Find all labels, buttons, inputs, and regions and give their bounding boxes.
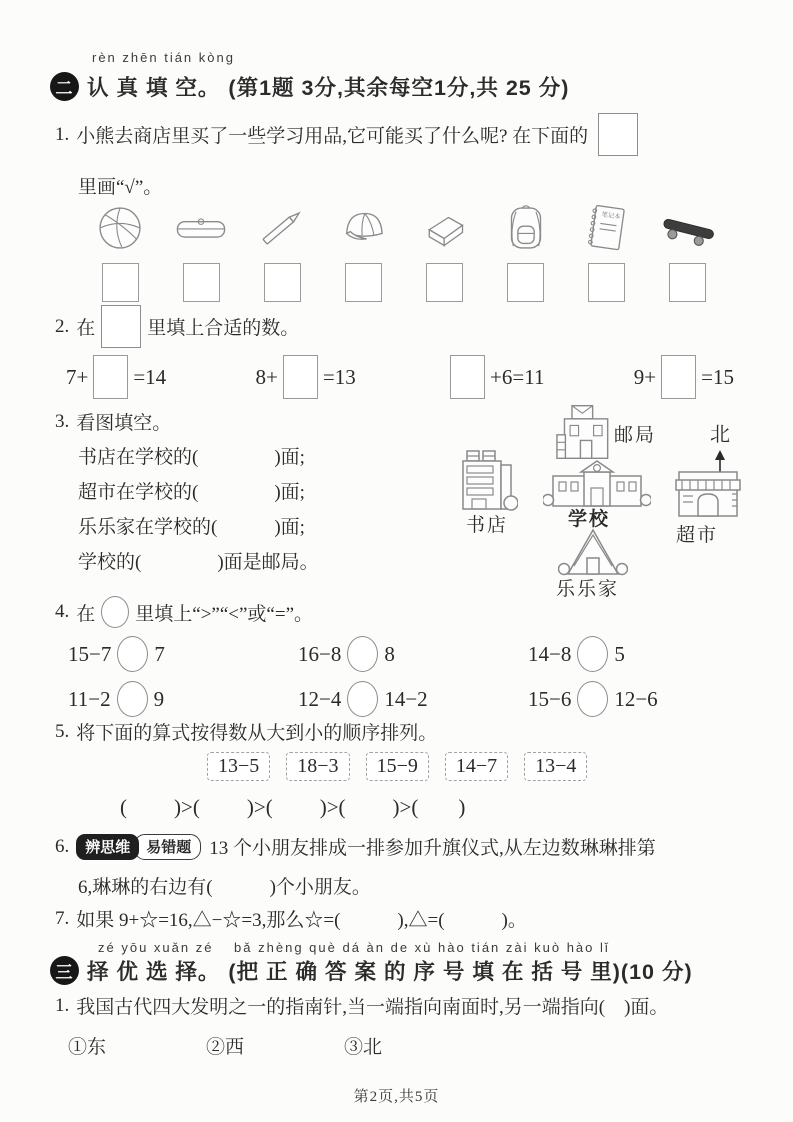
answer-circle[interactable]: [347, 636, 378, 672]
comparison-left: 14−8: [528, 642, 571, 667]
thinking-badge: 辨思维: [76, 834, 139, 860]
equation-text: =13: [323, 365, 356, 390]
lele-home-label: 乐乐家: [556, 574, 619, 601]
answer-checkbox[interactable]: [507, 263, 544, 302]
answer-box[interactable]: [283, 355, 318, 399]
answer-checkbox[interactable]: [102, 263, 139, 302]
section-two-marker-icon: 二: [50, 72, 79, 101]
answer-circle[interactable]: [577, 681, 608, 717]
paren-close: ): [174, 795, 181, 820]
post-office-icon: [556, 402, 618, 462]
comparison-6: 15−6 12−6: [528, 681, 758, 717]
paren-close: ): [458, 795, 465, 820]
q7-line: 7. 如果 9+☆=16,△−☆=3,那么☆=( ),△=( )。: [55, 905, 527, 932]
q2-text-after: 里填上合适的数。: [147, 313, 299, 340]
choice-q1-number: 1.: [55, 995, 69, 1017]
equation-text: 7+: [66, 365, 88, 390]
comparison-right: 14−2: [384, 687, 427, 712]
comparison-right: 8: [384, 642, 395, 667]
item-notebook: 笔记本: [571, 198, 643, 302]
comparison-left: 15−7: [68, 642, 111, 667]
q3-line-home: 乐乐家在学校的( )面;: [78, 510, 319, 545]
q4-text-before: 在: [76, 599, 95, 626]
paren-open: (: [193, 795, 200, 820]
q2-number: 2.: [55, 316, 69, 338]
q3-line-supermarket: 超市在学校的( )面;: [78, 475, 319, 510]
q2-equations-row: 7+ =14 8+ =13 +6=11 9+ =15: [66, 355, 734, 399]
equation-2: 8+ =13: [256, 355, 356, 399]
pencil-case-icon: [170, 198, 232, 258]
section-choice-score: (把 正 确 答 案 的 序 号 填 在 括 号 里)(10 分): [228, 955, 692, 986]
answer-box[interactable]: [450, 355, 485, 399]
answer-checkbox[interactable]: [669, 263, 706, 302]
comparison-4: 11−2 9: [68, 681, 298, 717]
item-skateboard: [652, 198, 724, 302]
comparison-left: 16−8: [298, 642, 341, 667]
item-pencil-case: [165, 198, 237, 302]
school-icon: [543, 458, 651, 510]
answer-circle[interactable]: [577, 636, 608, 672]
q1-items-row: 笔记本: [84, 198, 724, 302]
item-cap: [327, 198, 399, 302]
q5-expressions-row: 13−5 18−3 15−9 14−7 13−4: [207, 752, 587, 781]
answer-checkbox[interactable]: [345, 263, 382, 302]
supermarket-label: 超市: [676, 520, 718, 547]
option-north[interactable]: ③北: [344, 1032, 482, 1059]
equation-1: 7+ =14: [66, 355, 166, 399]
q3-number: 3.: [55, 411, 69, 433]
expression-box: 15−9: [366, 752, 429, 781]
q4-number: 4.: [55, 601, 69, 623]
lele-home-icon: [558, 526, 628, 576]
q3-line-postoffice: 学校的( )面是邮局。: [78, 545, 319, 580]
comparison-3: 14−8 5: [528, 636, 758, 672]
q5-answer-row: () > () > () > () > (): [120, 795, 465, 820]
equation-text: 9+: [634, 365, 656, 390]
bookstore-icon: [458, 448, 518, 512]
q5-number: 5.: [55, 721, 69, 743]
equation-text: 8+: [256, 365, 278, 390]
equation-3: +6=11: [445, 355, 544, 399]
q2-line: 2. 在 里填上合适的数。: [55, 305, 299, 348]
equation-text: +6=11: [490, 365, 544, 390]
q3-text: 看图填空。: [76, 408, 171, 435]
q2-text-before: 在: [76, 313, 95, 340]
equation-4: 9+ =15: [634, 355, 734, 399]
q1-number: 1.: [55, 124, 69, 146]
comparison-right: 7: [154, 642, 165, 667]
post-office-label: 邮局: [614, 420, 656, 447]
expression-box: 18−3: [286, 752, 349, 781]
answer-circle[interactable]: [117, 636, 148, 672]
answer-checkbox[interactable]: [588, 263, 625, 302]
paren-open: (: [411, 795, 418, 820]
q6-text: 13 个小朋友排成一排参加升旗仪式,从左边数琳琳排第: [209, 833, 656, 860]
choice-q1-line: 1. 我国古代四大发明之一的指南针,当一端指向南面时,另一端指向( )面。: [55, 992, 668, 1019]
comparison-right: 9: [154, 687, 165, 712]
error-prone-badge: 易错题: [134, 834, 201, 860]
greater-than-sign: >: [327, 795, 339, 820]
item-backpack: [490, 198, 562, 302]
q4-text-after: 里填上“>”“<”或“=”。: [135, 599, 313, 626]
comparison-left: 12−4: [298, 687, 341, 712]
equation-text: =14: [133, 365, 166, 390]
section-choice-pinyin: zé yōu xuǎn zé bǎ zhèng què dá àn de xù …: [98, 937, 610, 956]
supermarket-icon: [674, 468, 742, 518]
paren-close: ): [393, 795, 400, 820]
section-fill-pinyin: rèn zhēn tián kòng: [92, 50, 235, 65]
q4-example-circle: [101, 596, 129, 628]
answer-box[interactable]: [661, 355, 696, 399]
option-west[interactable]: ②西: [206, 1032, 344, 1059]
q1-answer-box[interactable]: [598, 113, 638, 156]
q5-header: 5. 将下面的算式按得数从大到小的顺序排列。: [55, 718, 437, 745]
q4-row1: 15−7 7 16−8 8 14−8 5: [68, 636, 758, 672]
notebook-icon: 笔记本: [578, 198, 636, 258]
paren-open: (: [339, 795, 346, 820]
greater-than-sign: >: [254, 795, 266, 820]
north-label: 北: [710, 418, 730, 447]
section-fill-score: (第1题 3分,其余每空1分,共 25 分): [228, 71, 569, 102]
expression-box: 13−4: [524, 752, 587, 781]
section-choice-header: 三 择 优 选 择。 (把 正 确 答 案 的 序 号 填 在 括 号 里)(1…: [50, 955, 693, 986]
item-pencil: [246, 198, 318, 302]
comparison-right: 12−6: [614, 687, 657, 712]
q6-number: 6.: [55, 836, 69, 858]
q1-line2: 里画“√”。: [78, 172, 162, 199]
q1-text: 小熊去商店里买了一些学习用品,它可能买了什么呢? 在下面的: [76, 121, 588, 148]
answer-circle[interactable]: [117, 681, 148, 717]
q2-example-box[interactable]: [101, 305, 141, 348]
answer-circle[interactable]: [347, 681, 378, 717]
q3-line-bookstore: 书店在学校的( )面;: [78, 440, 319, 475]
comparison-2: 16−8 8: [298, 636, 528, 672]
option-east[interactable]: ①东: [68, 1032, 206, 1059]
page-number: 第2页,共5页: [0, 1085, 793, 1106]
choice-q1-text: 我国古代四大发明之一的指南针,当一端指向南面时,另一端指向( )面。: [76, 992, 668, 1019]
paren-close: ): [320, 795, 327, 820]
pencil-icon: [253, 198, 311, 258]
expression-box: 13−5: [207, 752, 270, 781]
greater-than-sign: >: [181, 795, 193, 820]
q7-number: 7.: [55, 908, 69, 930]
q3-fill-lines: 书店在学校的( )面; 超市在学校的( )面; 乐乐家在学校的( )面; 学校的…: [78, 440, 319, 580]
paren-open: (: [120, 795, 127, 820]
comparison-right: 5: [614, 642, 625, 667]
equation-text: =15: [701, 365, 734, 390]
q4-header: 4. 在 里填上“>”“<”或“=”。: [55, 596, 313, 628]
section-choice-title: 择 优 选 择。: [87, 955, 220, 986]
answer-checkbox[interactable]: [426, 263, 463, 302]
q6-line1: 6. 辨思维 易错题 13 个小朋友排成一排参加升旗仪式,从左边数琳琳排第: [55, 833, 656, 860]
paren-open: (: [266, 795, 273, 820]
comparison-5: 12−4 14−2: [298, 681, 528, 717]
q3-map: 邮局 北: [448, 396, 793, 601]
greater-than-sign: >: [400, 795, 412, 820]
item-volleyball: [84, 198, 156, 302]
cap-icon: [333, 198, 393, 258]
answer-checkbox[interactable]: [183, 263, 220, 302]
comparison-left: 15−6: [528, 687, 571, 712]
q5-text: 将下面的算式按得数从大到小的顺序排列。: [76, 718, 437, 745]
expression-box: 14−7: [445, 752, 508, 781]
q7-text: 如果 9+☆=16,△−☆=3,那么☆=( ),△=( )。: [76, 905, 527, 932]
volleyball-icon: [91, 198, 149, 258]
item-eraser: [409, 198, 481, 302]
worksheet-page: rèn zhēn tián kòng 二 认 真 填 空。 (第1题 3分,其余…: [0, 0, 793, 1122]
choice-q1-options: ①东 ②西 ③北: [68, 1032, 482, 1059]
comparison-1: 15−7 7: [68, 636, 298, 672]
q6-line2: 6,琳琳的右边有( )个小朋友。: [78, 872, 371, 899]
section-fill-header: 二 认 真 填 空。 (第1题 3分,其余每空1分,共 25 分): [50, 71, 569, 102]
q3-header: 3. 看图填空。: [55, 408, 171, 435]
backpack-icon: [497, 198, 555, 258]
skateboard-icon: [656, 198, 720, 258]
section-fill-title: 认 真 填 空。: [87, 71, 220, 102]
q1-line1: 1. 小熊去商店里买了一些学习用品,它可能买了什么呢? 在下面的: [55, 113, 644, 156]
comparison-left: 11−2: [68, 687, 111, 712]
q4-row2: 11−2 9 12−4 14−2 15−6 12−6: [68, 681, 758, 717]
eraser-icon: [417, 198, 473, 258]
answer-checkbox[interactable]: [264, 263, 301, 302]
section-three-marker-icon: 三: [50, 956, 79, 985]
paren-close: ): [247, 795, 254, 820]
answer-box[interactable]: [93, 355, 128, 399]
bookstore-label: 书店: [466, 510, 508, 537]
